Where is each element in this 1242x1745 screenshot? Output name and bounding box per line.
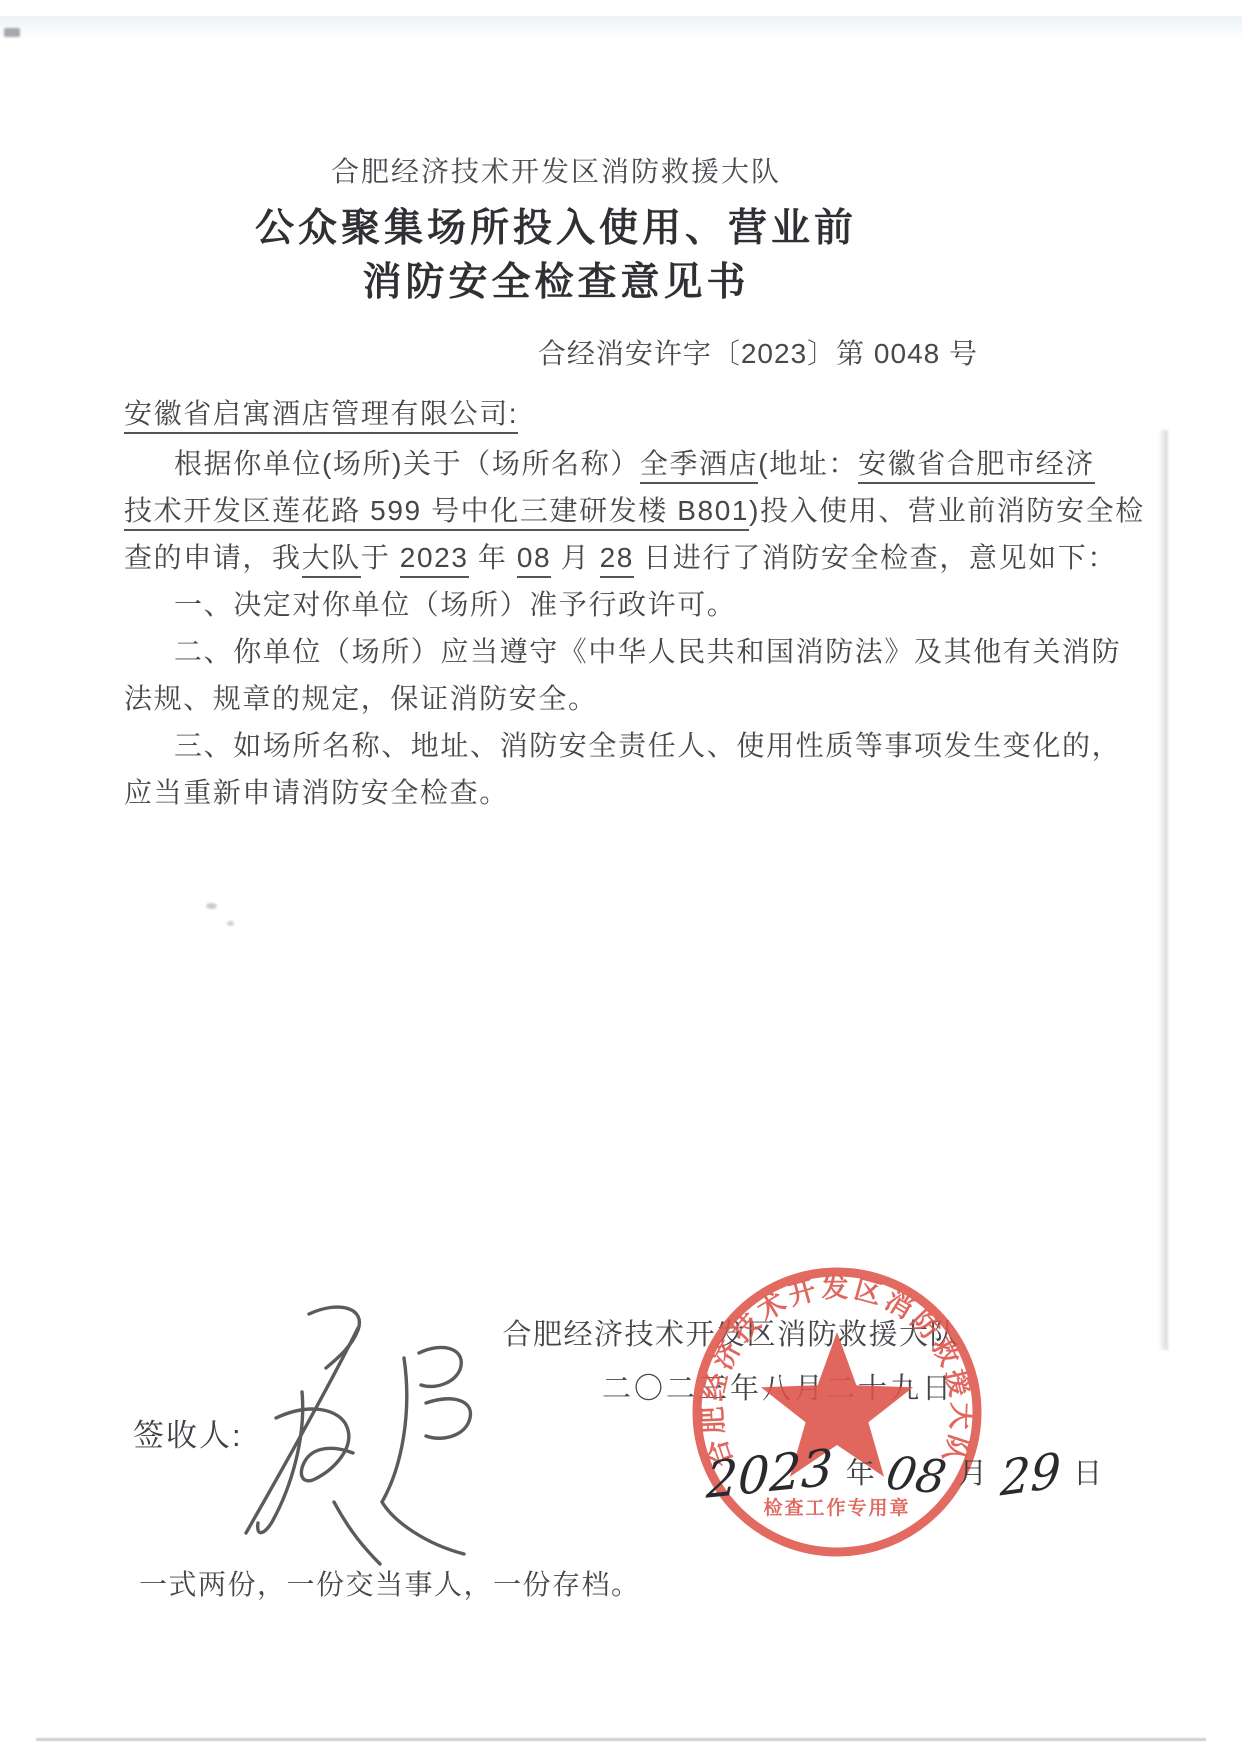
signature-stroke [334, 1502, 380, 1564]
signature-stroke [258, 1392, 303, 1533]
scan-artifact-speck [206, 903, 217, 909]
document-body: 安徽省启寓酒店管理有限公司: 根据你单位(场所)关于（场所名称）全季酒店(地址：… [124, 388, 1016, 816]
text-segment: 月 [551, 542, 599, 573]
opinion-item3-line2: 应当重新申请消防安全检查。 [124, 769, 1016, 816]
text-segment: 安徽省合肥市经济 [858, 448, 1095, 484]
handwritten-day: 29 [999, 1442, 1061, 1507]
paragraph1-line2: 技术开发区莲花路 599 号中化三建研发楼 B801)投入使用、营业前消防安全检 [124, 487, 1016, 534]
scan-artifact-right-band [1158, 430, 1168, 1350]
opinion-item3-line1: 三、如场所名称、地址、消防安全责任人、使用性质等事项发生变化的， [124, 722, 1016, 769]
document-title: 公众聚集场所投入使用、营业前 消防安全检查意见书 [0, 202, 1112, 310]
text-segment: 大队 [302, 542, 361, 578]
text-segment: 年 [469, 542, 517, 573]
handwritten-date: 2023 年 08 月 29 日 [706, 1445, 1146, 1503]
document-title-line1: 公众聚集场所投入使用、营业前 [0, 202, 1112, 256]
text-segment: 日进行了消防安全检查，意见如下： [634, 542, 1117, 573]
text-segment: )投入使用、营业前消防安全检 [749, 495, 1145, 526]
paragraph1-line1: 根据你单位(场所)关于（场所名称）全季酒店(地址：安徽省合肥市经济 [124, 440, 1016, 487]
day-label: 日 [1073, 1451, 1102, 1492]
recipient-name: 安徽省启寓酒店管理有限公司: [124, 398, 518, 434]
recipient-signature-handwriting [214, 1296, 544, 1586]
handwritten-year: 2023 [705, 1438, 834, 1510]
text-segment: (地址： [758, 448, 858, 479]
signature-stroke [382, 1358, 464, 1554]
official-red-stamp: 合肥经济技术开发区消防救援大队 检查工作专用章 [687, 1262, 987, 1562]
year-label: 年 [846, 1451, 875, 1492]
text-segment: 查的申请，我 [124, 542, 302, 573]
copies-footer-note: 一式两份，一份交当事人，一份存档。 [139, 1563, 641, 1603]
month-label: 月 [958, 1451, 987, 1492]
text-segment: 2023 [400, 542, 469, 578]
scan-artifact-speck [227, 921, 234, 926]
scan-artifact-corner-mark [4, 28, 20, 37]
text-segment: 28 [600, 542, 634, 578]
document-title-line2: 消防安全检查意见书 [0, 256, 1112, 310]
opinion-item1: 一、决定对你单位（场所）准予行政许可。 [124, 581, 1016, 628]
text-segment: 于 [361, 542, 400, 573]
scan-artifact-bottom-line [36, 1738, 1206, 1741]
text-segment: 08 [517, 542, 551, 578]
paragraph1-line3: 查的申请，我大队于 2023 年 08 月 28 日进行了消防安全检查，意见如下… [124, 534, 1016, 581]
opinion-item2-line2: 法规、规章的规定，保证消防安全。 [124, 675, 1016, 722]
text-segment: 根据你单位(场所)关于（场所名称） [174, 448, 640, 479]
signature-stroke [419, 1347, 461, 1386]
text-segment: 全季酒店 [640, 448, 758, 484]
scanned-document-page: 合肥经济技术开发区消防救援大队 公众聚集场所投入使用、营业前 消防安全检查意见书… [0, 0, 1242, 1745]
issuing-org-header: 合肥经济技术开发区消防救援大队 [0, 150, 1112, 190]
text-segment: 技术开发区莲花路 599 号中化三建研发楼 B801 [124, 495, 749, 531]
document-number: 合经消安许字〔2023〕第 0048 号 [538, 332, 978, 372]
opinion-item2-line1: 二、你单位（场所）应当遵守《中华人民共和国消防法》及其他有关消防 [124, 628, 1016, 675]
handwritten-month: 08 [882, 1446, 951, 1504]
signature-stroke [426, 1399, 470, 1438]
scan-artifact-top-band [0, 16, 1242, 40]
signature-stroke [276, 1409, 353, 1481]
